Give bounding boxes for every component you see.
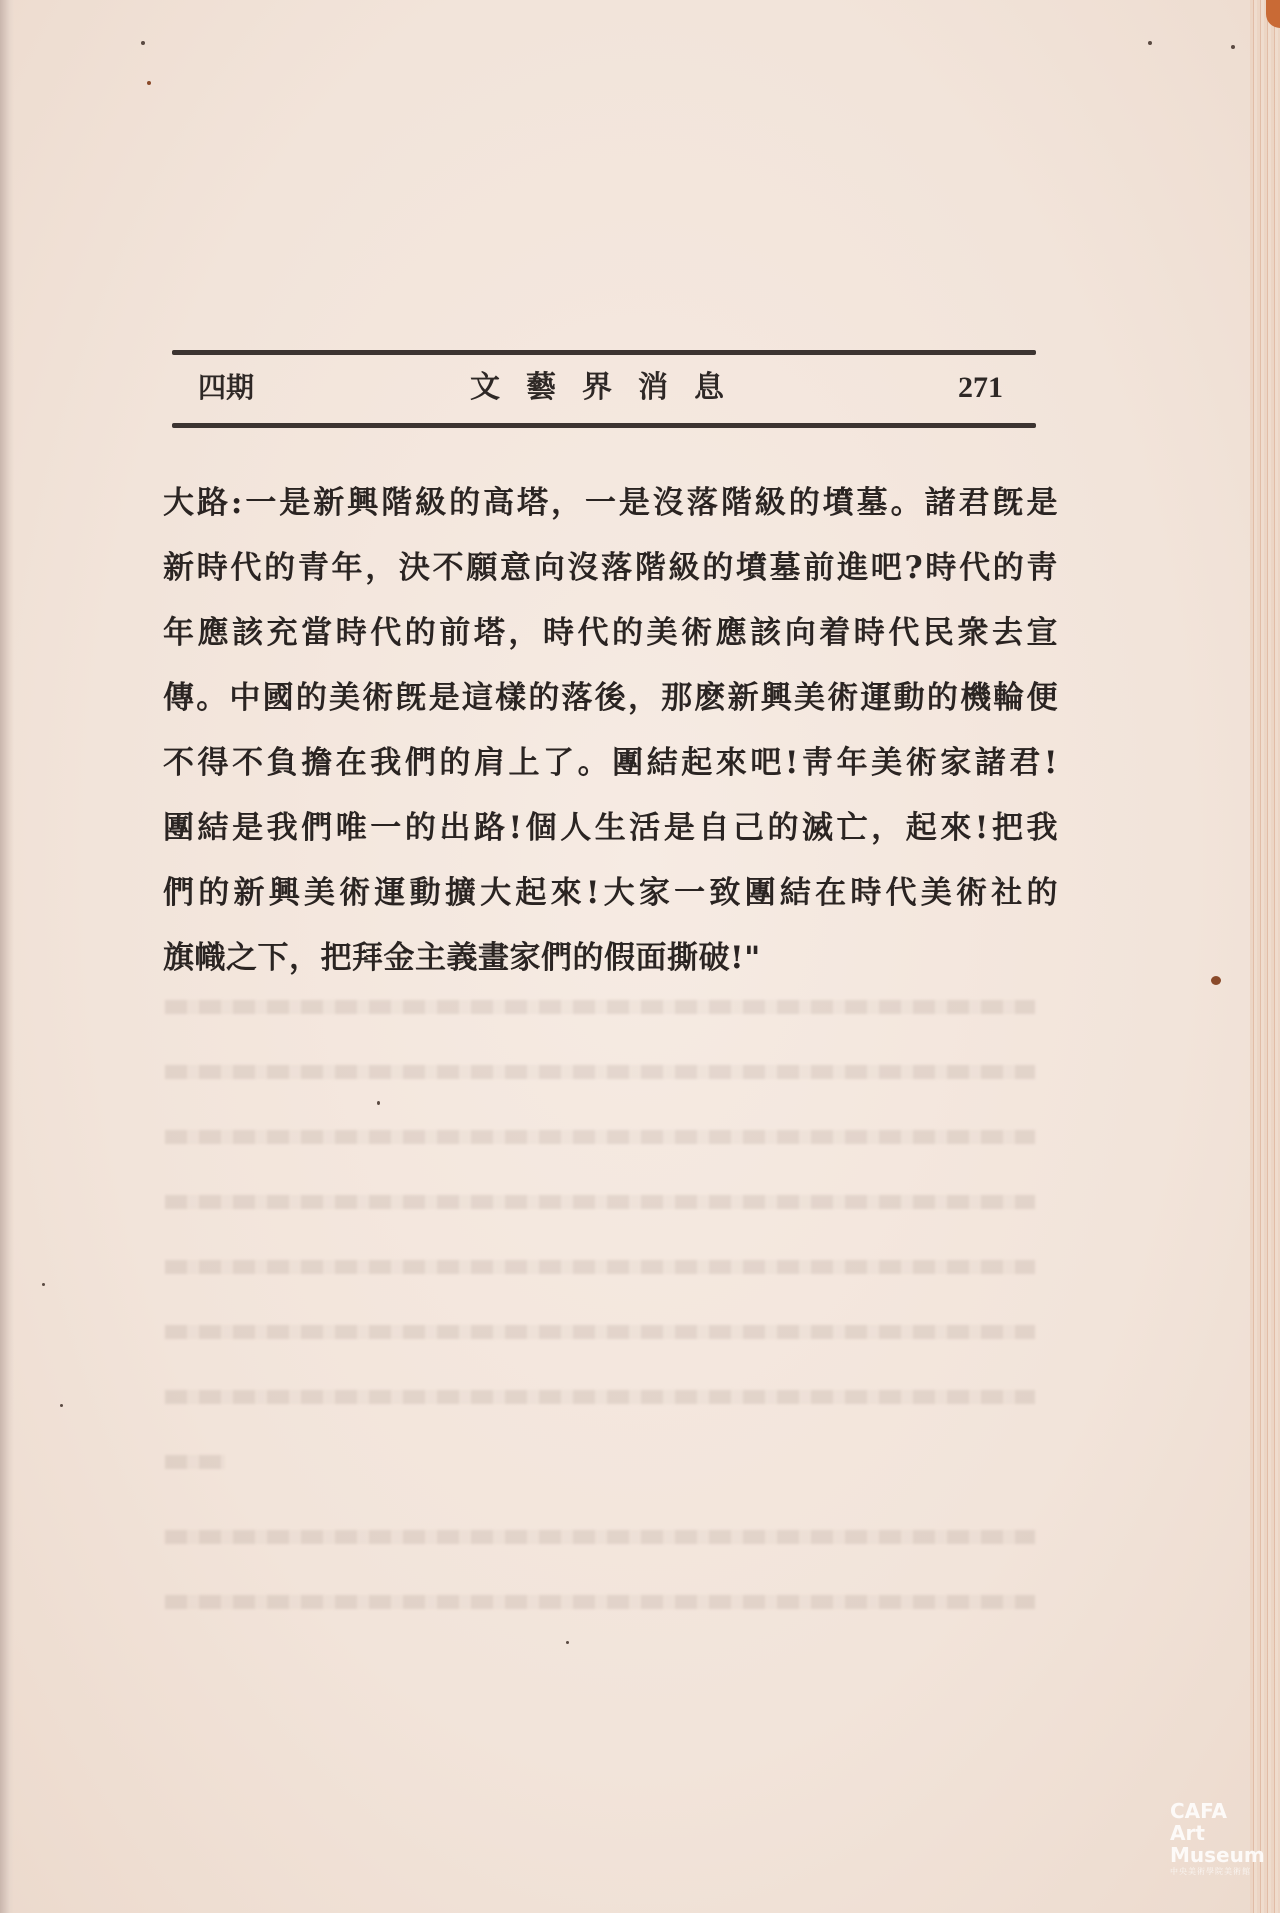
bleed-through-texture [165,1455,225,1469]
text-line: 們的新興美術運動擴大起來!大家一致團結在時代美術社的 [163,868,1058,933]
bleed-through-texture [165,1195,1035,1209]
text-line: 新時代的青年，決不願意向沒落階級的墳墓前進吧?時代的靑 [163,543,1058,608]
page-edge [1250,0,1280,1913]
header-top-rule [172,350,1036,355]
header-bottom-rule [172,423,1036,428]
text-line: 不得不負擔在我們的肩上了。團結起來吧!靑年美術家諸君! [163,738,1058,803]
body-text: 大路:一是新興階級的高塔，一是沒落階級的墳墓。諸君旣是 新時代的青年，決不願意向… [163,478,1058,998]
paper-speck [1211,976,1221,985]
binding-shadow [0,0,14,1913]
watermark-subtitle: 中央美術學院美術館 [1170,1866,1265,1878]
bleed-through-texture [165,1325,1035,1339]
paper-speck [60,1404,63,1407]
bleed-through-texture [165,1390,1035,1404]
text-line: 年應該充當時代的前塔，時代的美術應該向着時代民衆去宣 [163,608,1058,673]
paper-speck [147,81,151,85]
watermark-line: Museum [1170,1844,1265,1866]
paper-speck [377,1101,380,1105]
bleed-through-texture [165,1530,1035,1544]
museum-watermark: CAFA Art Museum 中央美術學院美術館 [1170,1800,1265,1878]
paper-speck [1231,45,1235,49]
bleed-through-texture [165,1595,1035,1609]
bleed-through-texture [165,1065,1035,1079]
scanned-book-page: 四期 文藝界消息 271 大路:一是新興階級的高塔，一是沒落階級的墳墓。諸君旣是… [0,0,1280,1913]
bleed-through-texture [165,1130,1035,1144]
text-line: 傳。中國的美術旣是這樣的落後，那麽新興美術運動的機輪便 [163,673,1058,738]
issue-label: 四期 [198,368,254,408]
bleed-through-texture [165,1000,1035,1014]
paper-speck [1148,41,1152,45]
watermark-line: CAFA [1170,1800,1265,1822]
text-line: 旗幟之下，把拜金主義畫家們的假面撕破!" [163,933,1058,998]
paper-speck [42,1283,45,1286]
paper-speck [566,1641,569,1644]
watermark-line: Art [1170,1822,1265,1844]
text-line: 團結是我們唯一的出路!個人生活是自己的滅亡，起來!把我 [163,803,1058,868]
page-number: 271 [958,368,1003,408]
bleed-through-texture [165,1260,1035,1274]
text-line: 大路:一是新興階級的高塔，一是沒落階級的墳墓。諸君旣是 [163,478,1058,543]
paper-speck [141,41,145,45]
section-title: 文藝界消息 [470,368,790,408]
